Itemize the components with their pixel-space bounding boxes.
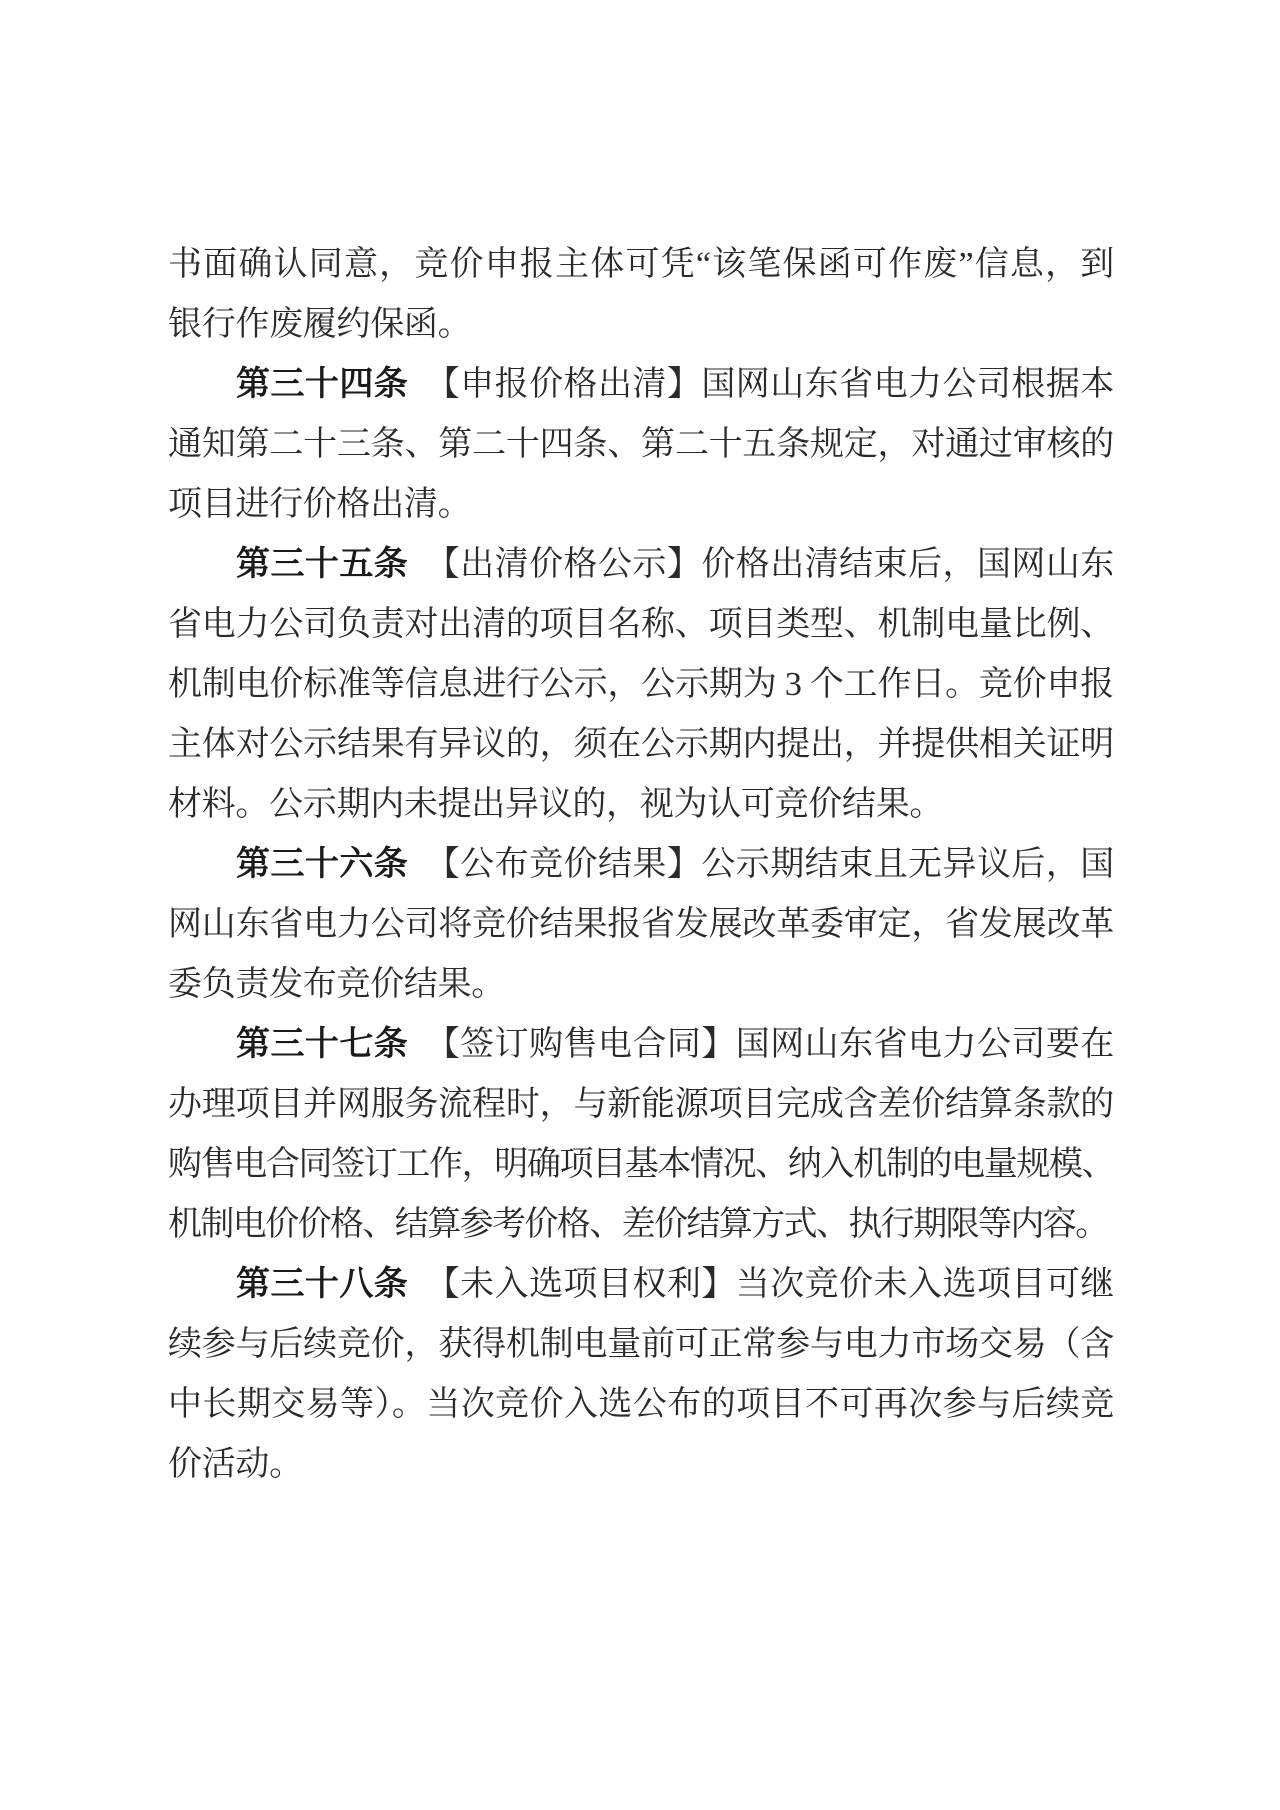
line-text: 【公布竞价结果】公示期结束且无异议后，国	[408, 846, 1114, 883]
line-text: 银行作废履约保函。	[168, 306, 471, 343]
article-number: 第三十六条	[236, 845, 408, 883]
line-text: 续参与后续竞价，获得机制电量前可正常参与电力市场交易（含	[168, 1326, 1114, 1363]
article-number: 第三十八条	[236, 1265, 408, 1303]
text-line-article-37: 第三十七条 【签订购售电合同】国网山东省电力公司要在	[168, 1014, 1114, 1074]
line-text: 办理项目并网服务流程时，与新能源项目完成含差价结算条款的	[168, 1086, 1114, 1123]
article-number: 第三十五条	[236, 545, 408, 583]
text-line: 省电力公司负责对出清的项目名称、项目类型、机制电量比例、	[168, 594, 1114, 654]
text-line: 购售电合同签订工作，明确项目基本情况、纳入机制的电量规模、	[168, 1134, 1114, 1194]
line-text: 【出清价格公示】价格出清结束后，国网山东	[408, 546, 1114, 583]
line-text: 网山东省电力公司将竞价结果报省发展改革委审定，省发展改革	[168, 906, 1114, 943]
text-line: 项目进行价格出清。	[168, 474, 1114, 534]
line-text: 书面确认同意，竞价申报主体可凭“该笔保函可作废”信息，到	[168, 246, 1114, 283]
text-line: 网山东省电力公司将竞价结果报省发展改革委审定，省发展改革	[168, 894, 1114, 954]
line-text: 机制电价价格、结算参考价格、差价结算方式、执行期限等内容。	[168, 1206, 1108, 1243]
line-text: 项目进行价格出清。	[168, 486, 471, 523]
text-line: 通知第二十三条、第二十四条、第二十五条规定，对通过审核的	[168, 414, 1114, 474]
text-line-article-35: 第三十五条 【出清价格公示】价格出清结束后，国网山东	[168, 534, 1114, 594]
text-line: 办理项目并网服务流程时，与新能源项目完成含差价结算条款的	[168, 1074, 1114, 1134]
line-text: 中长期交易等）。当次竞价入选公布的项目不可再次参与后续竞	[168, 1386, 1114, 1423]
text-line-article-36: 第三十六条 【公布竞价结果】公示期结束且无异议后，国	[168, 834, 1114, 894]
article-number: 第三十七条	[236, 1025, 408, 1063]
article-number: 第三十四条	[236, 365, 408, 403]
text-line: 中长期交易等）。当次竞价入选公布的项目不可再次参与后续竞	[168, 1374, 1114, 1434]
line-text: 主体对公示结果有异议的，须在公示期内提出，并提供相关证明	[168, 726, 1114, 763]
line-text: 材料。公示期内未提出异议的，视为认可竞价结果。	[168, 786, 943, 823]
text-line: 价活动。	[168, 1434, 1114, 1494]
text-line: 主体对公示结果有异议的，须在公示期内提出，并提供相关证明	[168, 714, 1114, 774]
text-line: 书面确认同意，竞价申报主体可凭“该笔保函可作废”信息，到	[168, 234, 1114, 294]
document-page: 书面确认同意，竞价申报主体可凭“该笔保函可作废”信息，到 银行作废履约保函。 第…	[0, 0, 1280, 1810]
text-line: 委负责发布竞价结果。	[168, 954, 1114, 1014]
text-line: 机制电价标准等信息进行公示，公示期为 3 个工作日。竞价申报	[168, 654, 1114, 714]
line-text: 通知第二十三条、第二十四条、第二十五条规定，对通过审核的	[168, 426, 1114, 463]
line-text: 省电力公司负责对出清的项目名称、项目类型、机制电量比例、	[168, 606, 1114, 643]
text-line-article-38: 第三十八条 【未入选项目权利】当次竞价未入选项目可继	[168, 1254, 1114, 1314]
line-text: 【申报价格出清】国网山东省电力公司根据本	[408, 366, 1114, 403]
text-line: 机制电价价格、结算参考价格、差价结算方式、执行期限等内容。	[168, 1194, 1114, 1254]
text-line-article-34: 第三十四条 【申报价格出清】国网山东省电力公司根据本	[168, 354, 1114, 414]
text-line: 续参与后续竞价，获得机制电量前可正常参与电力市场交易（含	[168, 1314, 1114, 1374]
line-text: 价活动。	[168, 1446, 303, 1483]
line-text: 【未入选项目权利】当次竞价未入选项目可继	[408, 1266, 1114, 1303]
line-text: 机制电价标准等信息进行公示，公示期为 3 个工作日。竞价申报	[168, 666, 1114, 703]
line-text: 委负责发布竞价结果。	[168, 966, 505, 1003]
text-line: 银行作废履约保函。	[168, 294, 1114, 354]
document-text-block: 书面确认同意，竞价申报主体可凭“该笔保函可作废”信息，到 银行作废履约保函。 第…	[168, 234, 1114, 1494]
line-text: 购售电合同签订工作，明确项目基本情况、纳入机制的电量规模、	[168, 1146, 1114, 1183]
line-text: 【签订购售电合同】国网山东省电力公司要在	[408, 1026, 1114, 1063]
text-line: 材料。公示期内未提出异议的，视为认可竞价结果。	[168, 774, 1114, 834]
